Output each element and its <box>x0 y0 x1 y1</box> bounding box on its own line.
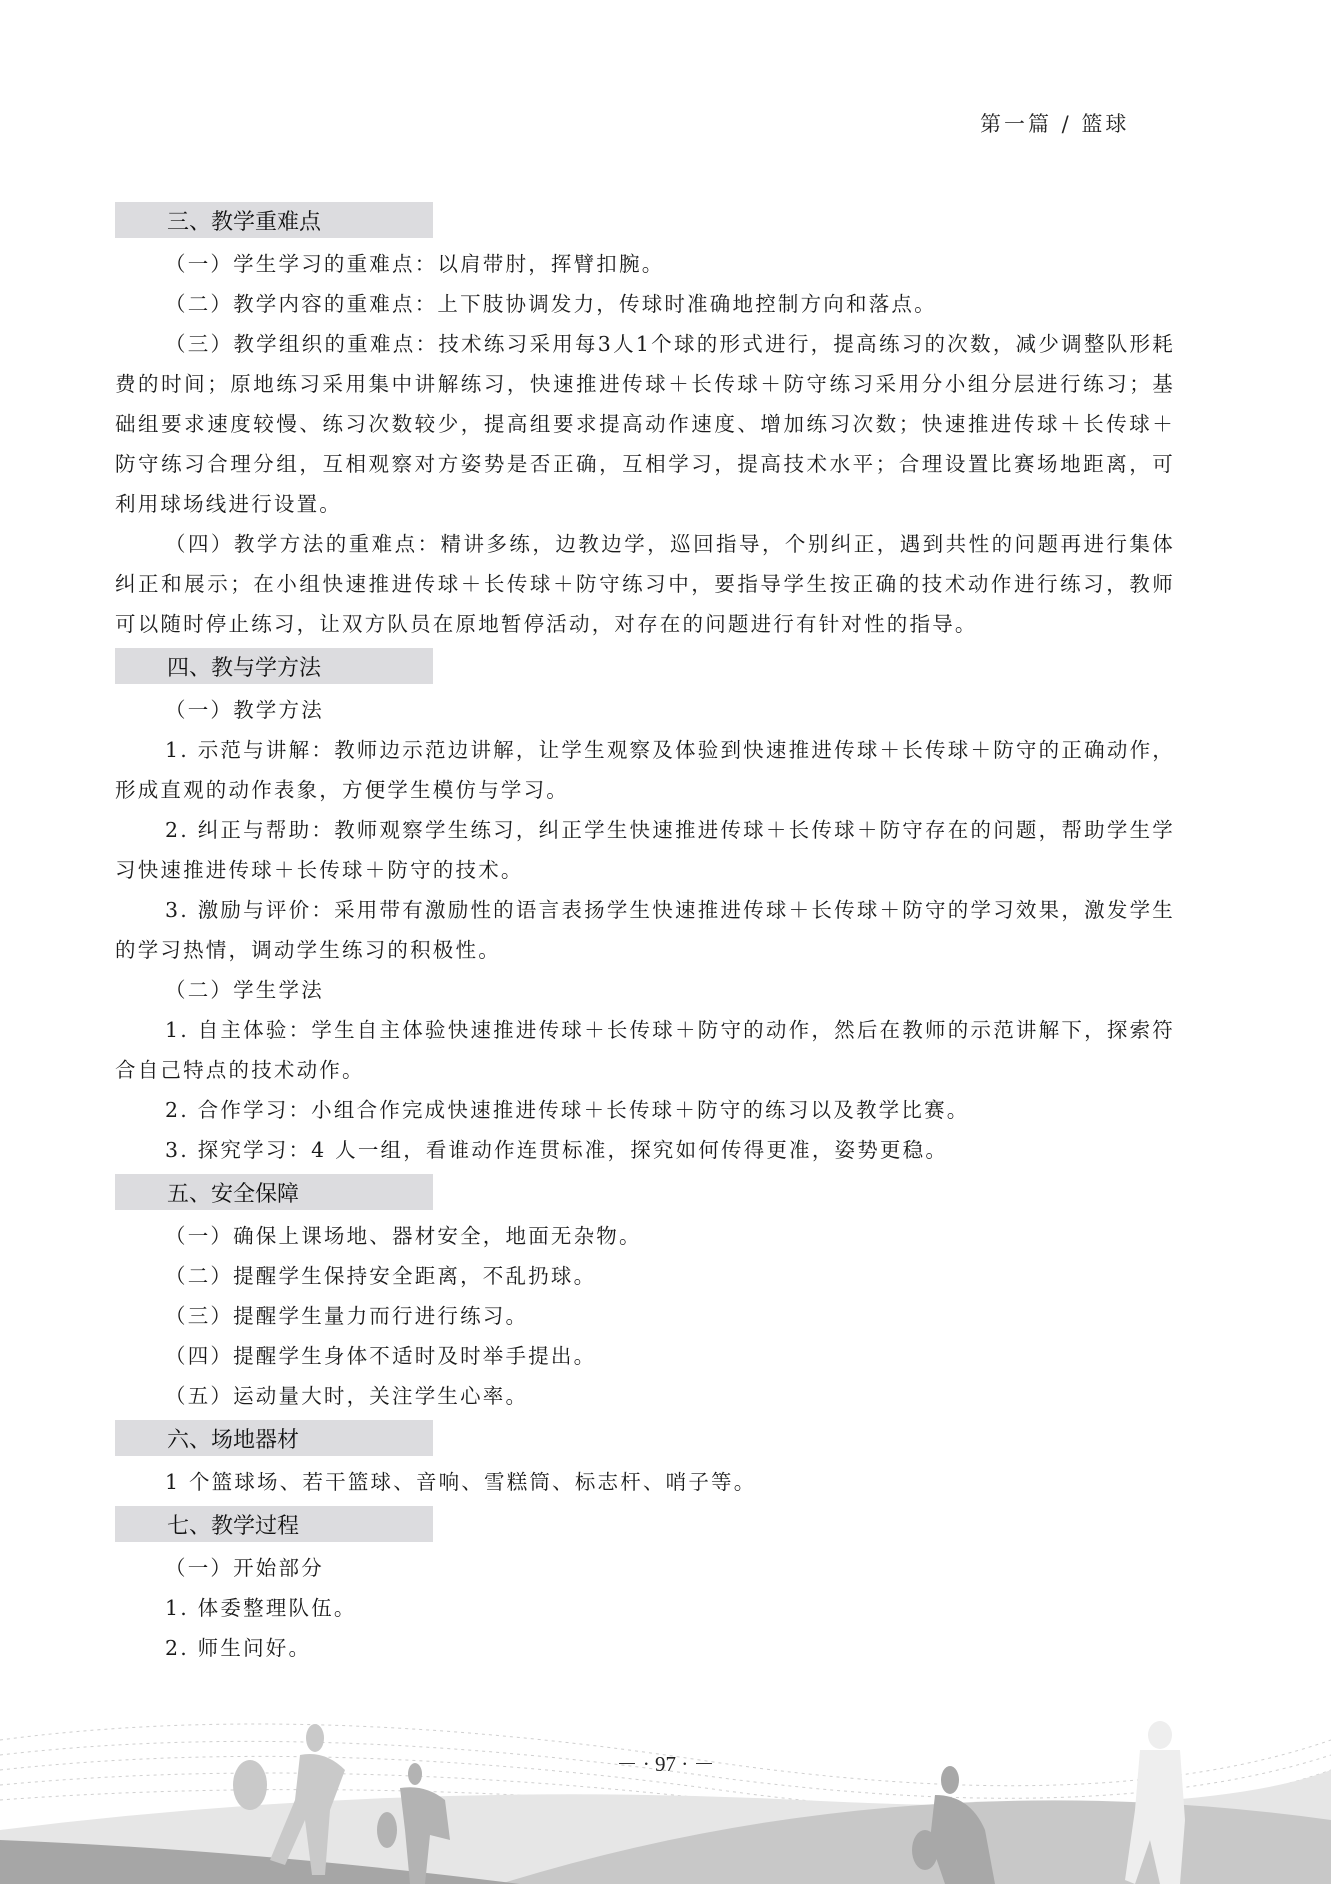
running-head: 第一篇 / 篮球 <box>980 108 1135 138</box>
section-heading-equipment: 六、场地器材 <box>115 1420 433 1456</box>
paragraph: 2. 纠正与帮助：教师观察学生练习，纠正学生快速推进传球＋长传球＋防守存在的问题… <box>115 810 1175 890</box>
paragraph: 1. 示范与讲解：教师边示范边讲解，让学生观察及体验到快速推进传球＋长传球＋防守… <box>115 730 1175 810</box>
section-heading-difficulties: 三、教学重难点 <box>115 202 433 238</box>
subheading: （一）开始部分 <box>115 1548 1175 1588</box>
list-item: （四）提醒学生身体不适时及时举手提出。 <box>115 1336 1175 1376</box>
page-body: 三、教学重难点 （一）学生学习的重难点：以肩带肘，挥臂扣腕。 （二）教学内容的重… <box>115 198 1175 1668</box>
paragraph: （二）教学内容的重难点：上下肢协调发力，传球时准确地控制方向和落点。 <box>115 284 1175 324</box>
paragraph: （一）学生学习的重难点：以肩带肘，挥臂扣腕。 <box>115 244 1175 284</box>
section-heading-process: 七、教学过程 <box>115 1506 433 1542</box>
section-heading-safety: 五、安全保障 <box>115 1174 433 1210</box>
page-number: － · 97 · － <box>0 1748 1331 1778</box>
paragraph: 3. 激励与评价：采用带有激励性的语言表扬学生快速推进传球＋长传球＋防守的学习效… <box>115 890 1175 970</box>
paragraph: 1 个篮球场、若干篮球、音响、雪糕筒、标志杆、哨子等。 <box>115 1462 1175 1502</box>
subheading: （二）学生学法 <box>115 970 1175 1010</box>
paragraph: （三）教学组织的重难点：技术练习采用每3人1个球的形式进行，提高练习的次数，减少… <box>115 324 1175 524</box>
list-item: 1. 体委整理队伍。 <box>115 1588 1175 1628</box>
list-item: 2. 师生问好。 <box>115 1628 1175 1668</box>
list-item: （二）提醒学生保持安全距离，不乱扔球。 <box>115 1256 1175 1296</box>
paragraph: （四）教学方法的重难点：精讲多练，边教边学，巡回指导，个别纠正，遇到共性的问题再… <box>115 524 1175 644</box>
list-item: （五）运动量大时，关注学生心率。 <box>115 1376 1175 1416</box>
footer-basketball-illustration <box>0 1700 1331 1884</box>
paragraph: 2. 合作学习：小组合作完成快速推进传球＋长传球＋防守的练习以及教学比赛。 <box>115 1090 1175 1130</box>
paragraph: 1. 自主体验：学生自主体验快速推进传球＋长传球＋防守的动作，然后在教师的示范讲… <box>115 1010 1175 1090</box>
list-item: （一）确保上课场地、器材安全，地面无杂物。 <box>115 1216 1175 1256</box>
section-heading-methods: 四、教与学方法 <box>115 648 433 684</box>
list-item: （三）提醒学生量力而行进行练习。 <box>115 1296 1175 1336</box>
paragraph: 3. 探究学习：4 人一组，看谁动作连贯标准，探究如何传得更准，姿势更稳。 <box>115 1130 1175 1170</box>
subheading: （一）教学方法 <box>115 690 1175 730</box>
